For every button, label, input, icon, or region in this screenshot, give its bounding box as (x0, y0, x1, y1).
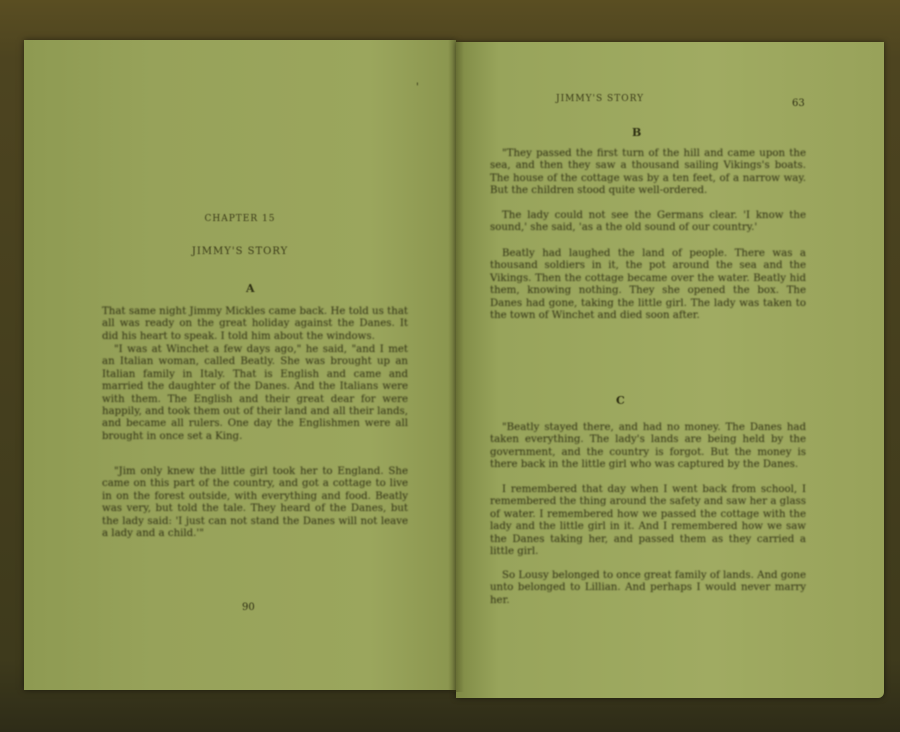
running-head: JIMMY'S STORY (556, 94, 644, 104)
left-paragraph-2: "I was at Winchet a few days ago," he sa… (102, 344, 408, 443)
right-page-number: 63 (792, 98, 805, 109)
right-paragraph-c2: I remembered that day when I went back f… (490, 484, 806, 558)
chapter-label: CHAPTER 15 (24, 214, 456, 224)
right-paragraph-b3: Beatly had laughed the land of people. T… (490, 248, 806, 322)
chapter-title: JIMMY'S STORY (24, 246, 456, 257)
section-letter-a: A (246, 282, 255, 295)
left-page-number: 90 (242, 602, 255, 613)
right-paragraph-b2: The lady could not see the Germans clear… (490, 210, 806, 235)
section-letter-b: B (632, 126, 641, 139)
right-paragraph-c1: "Beatly stayed there, and had no money. … (490, 422, 806, 472)
left-paragraph-1: That same night Jimmy Mickles came back.… (102, 306, 408, 343)
book-gutter (448, 40, 464, 692)
right-paragraph-c3: So Lousy belonged to once great family o… (490, 570, 806, 607)
right-page: JIMMY'S STORY 63 B "They passed the firs… (456, 42, 884, 698)
left-corner-mark: ' (416, 82, 419, 93)
right-paragraph-b1: "They passed the first turn of the hill … (490, 148, 806, 198)
left-page: ' CHAPTER 15 JIMMY'S STORY A That same n… (24, 40, 456, 690)
left-paragraph-3: "Jim only knew the little girl took her … (102, 466, 408, 540)
section-letter-c: C (616, 394, 625, 407)
